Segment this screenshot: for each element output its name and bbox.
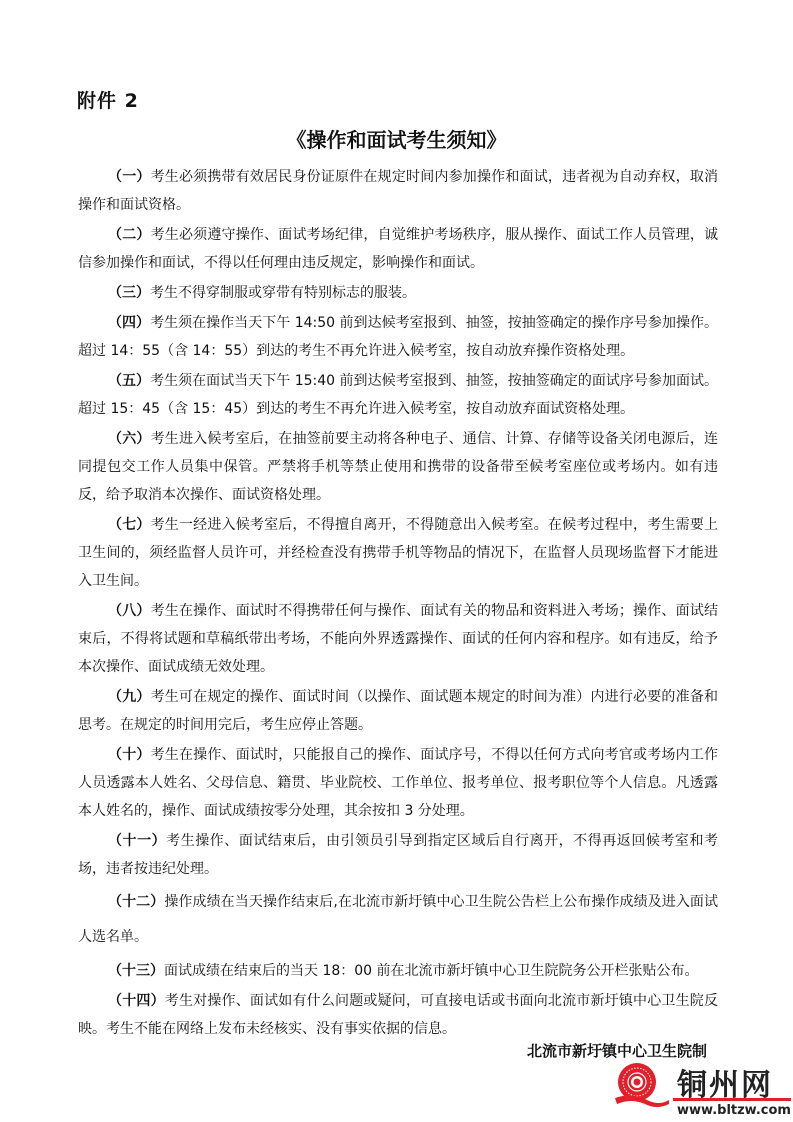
notice-item-1: （一）考生必须携带有效居民身份证原件在规定时间内参加操作和面试，违者视为自动弃权… — [78, 163, 718, 219]
item-text: 考生进入候考室后，在抽签前要主动将各种电子、通信、计算、存储等设备关闭电源后，连… — [78, 431, 718, 503]
item-number: （二） — [108, 227, 151, 243]
notice-item-13: （十三）面试成绩在结束后的当天 18：00 前在北流市新圩镇中心卫生院院务公开栏… — [78, 957, 718, 985]
notice-item-6: （六）考生进入候考室后，在抽签前要主动将各种电子、通信、计算、存储等设备关闭电源… — [78, 425, 718, 509]
notice-item-11: （十一）考生操作、面试结束后，由引领员引导到指定区域后自行离开，不得再返回候考室… — [78, 827, 718, 883]
item-number: （十二） — [108, 894, 164, 910]
item-text: 操作成绩在当天操作结束后,在北流市新圩镇中心卫生院公告栏上公布操作成绩及进入面试… — [78, 894, 718, 945]
item-number: （十） — [108, 747, 151, 763]
document-body: （一）考生必须携带有效居民身份证原件在规定时间内参加操作和面试，违者视为自动弃权… — [78, 163, 718, 1045]
item-text: 考生须在操作当天下午 14:50 前到达候考室报到、抽签，按抽签确定的操作序号参… — [78, 315, 718, 359]
notice-item-8: （八）考生在操作、面试时不得携带任何与操作、面试有关的物品和资料进入考场；操作、… — [78, 597, 718, 681]
red-wheel-logo-icon — [613, 1062, 669, 1108]
item-number: （四） — [108, 315, 150, 331]
notice-item-4: （四）考生须在操作当天下午 14:50 前到达候考室报到、抽签，按抽签确定的操作… — [78, 309, 718, 365]
item-text: 考生一经进入候考室后，不得擅自离开，不得随意出入候考室。在候考过程中，考生需要上… — [78, 517, 718, 589]
item-text: 考生在操作、面试时不得携带任何与操作、面试有关的物品和资料进入考场；操作、面试结… — [78, 603, 718, 675]
item-number: （九） — [108, 689, 151, 705]
notice-item-9: （九）考生可在规定的操作、面试时间（以操作、面试题本规定的时间为准）内进行必要的… — [78, 683, 718, 739]
item-number: （十三） — [108, 963, 164, 979]
item-text: 考生在操作、面试时，只能报自己的操作、面试序号，不得以任何方式向考官或考场内工作… — [78, 747, 718, 819]
item-text: 考生须在面试当天下午 15:40 前到达候考室报到、抽签，按抽签确定的面试序号参… — [78, 373, 718, 417]
item-number: （八） — [108, 603, 151, 619]
notice-item-12: （十二）操作成绩在当天操作结束后,在北流市新圩镇中心卫生院公告栏上公布操作成绩及… — [78, 885, 718, 955]
watermark-logo: 铜州网 www.bltzw.com — [605, 1060, 793, 1122]
item-number: （一） — [108, 169, 151, 185]
item-text: 考生不得穿制服或穿带有特别标志的服装。 — [150, 285, 416, 301]
notice-item-3: （三）考生不得穿制服或穿带有特别标志的服装。 — [78, 279, 718, 307]
item-number: （五） — [108, 373, 150, 389]
watermark-divider — [673, 1098, 791, 1101]
notice-item-5: （五）考生须在面试当天下午 15:40 前到达候考室报到、抽签，按抽签确定的面试… — [78, 367, 718, 423]
notice-item-2: （二）考生必须遵守操作、面试考场纪律，自觉维护考场秩序，服从操作、面试工作人员管… — [78, 221, 718, 277]
item-number: （六） — [108, 431, 151, 447]
item-number: （三） — [108, 285, 150, 301]
item-text: 考生可在规定的操作、面试时间（以操作、面试题本规定的时间为准）内进行必要的准备和… — [78, 689, 718, 733]
notice-item-14: （十四）考生对操作、面试如有什么问题或疑问，可直接电话或书面向北流市新圩镇中心卫… — [78, 987, 718, 1043]
document-title: 《操作和面试考生须知》 — [0, 124, 793, 153]
item-text: 考生操作、面试结束后，由引领员引导到指定区域后自行离开，不得再返回候考室和考场，… — [78, 833, 718, 877]
item-text: 考生必须遵守操作、面试考场纪律，自觉维护考场秩序，服从操作、面试工作人员管理，诚… — [78, 227, 718, 271]
notice-item-7: （七）考生一经进入候考室后，不得擅自离开，不得随意出入候考室。在候考过程中，考生… — [78, 511, 718, 595]
item-text: 考生对操作、面试如有什么问题或疑问，可直接电话或书面向北流市新圩镇中心卫生院反映… — [78, 993, 718, 1037]
item-text: 考生必须携带有效居民身份证原件在规定时间内参加操作和面试，违者视为自动弃权，取消… — [78, 169, 718, 213]
item-number: （十一） — [108, 833, 166, 849]
item-number: （七） — [108, 517, 151, 533]
item-number: （十四） — [108, 993, 165, 1009]
notice-item-10: （十）考生在操作、面试时，只能报自己的操作、面试序号，不得以任何方式向考官或考场… — [78, 741, 718, 825]
watermark-url: www.bltzw.com — [677, 1103, 791, 1118]
issuer-signature: 北流市新圩镇中心卫生院制 — [527, 1040, 707, 1061]
attachment-label: 附件 2 — [77, 86, 139, 113]
item-text: 面试成绩在结束后的当天 18：00 前在北流市新圩镇中心卫生院院务公开栏张贴公布… — [164, 963, 699, 979]
document-page: 附件 2 《操作和面试考生须知》 （一）考生必须携带有效居民身份证原件在规定时间… — [0, 0, 793, 1122]
